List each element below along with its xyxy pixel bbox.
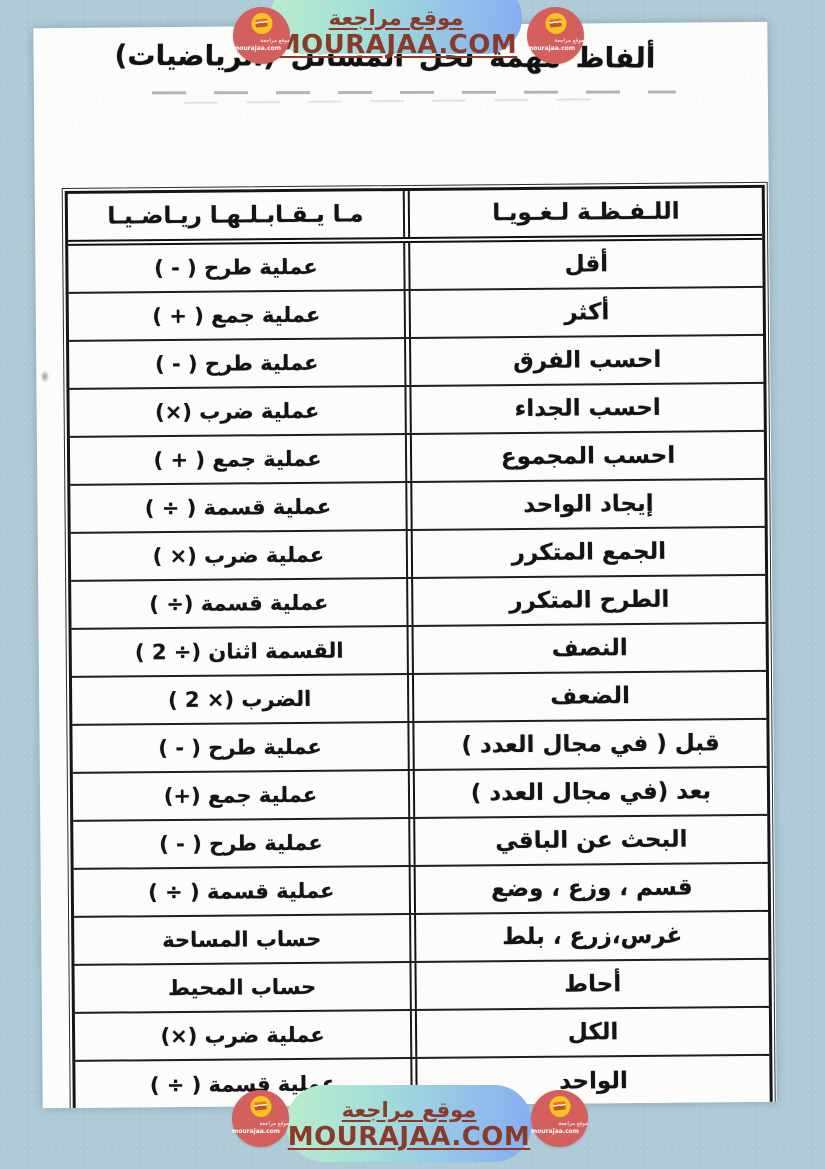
header-math-column: مـا يـقـابـلـهـا ريـاضـيـا	[68, 191, 405, 240]
math-equivalent-cell: عملية قسمة (÷ )	[71, 579, 408, 628]
logo-text-domain: mourajaa.com	[531, 1128, 588, 1135]
table-row: عملية ضرب (×)الكل	[75, 1008, 769, 1062]
math-equivalent-cell: حساب المساحة	[74, 915, 411, 964]
header-term-column: اللـفـظـة لـغـويـا	[408, 188, 762, 237]
linguistic-term-cell: غرس،زرع ، بلط	[414, 912, 768, 961]
linguistic-term-cell: أقل	[408, 240, 762, 289]
math-equivalent-cell: القسمة اثنان (÷ 2 )	[72, 627, 409, 676]
logo-text-arabic: موقع مراجعة	[527, 38, 584, 44]
logo-text-arabic: موقع مراجعة	[531, 1121, 588, 1127]
math-equivalent-cell: عملية ضرب (×)	[75, 1011, 412, 1060]
site-name-arabic[interactable]: موقع مراجعة	[286, 1098, 532, 1122]
table-row: عملية طرح ( - )البحث عن الباقي	[73, 816, 767, 870]
document-page: ألفاظ مهمة لحل المسائل (الرياضيات) مـا ي…	[33, 22, 776, 1108]
linguistic-term-cell: الضعف	[412, 672, 766, 721]
site-banner-bottom: موقع مراجعة MOURAJAA.COM	[286, 1085, 532, 1162]
scan-artifact-line	[152, 90, 676, 94]
logo-text-domain: mourajaa.com	[527, 45, 584, 52]
site-domain-link[interactable]: MOURAJAA.COM	[270, 30, 522, 61]
linguistic-term-cell: النصف	[412, 624, 766, 673]
site-name-arabic[interactable]: موقع مراجعة	[270, 6, 522, 30]
table-row: عملية ضرب (×)احسب الجداء	[69, 384, 763, 438]
linguistic-term-cell: إيجاد الواحد	[410, 480, 764, 529]
book-icon	[545, 13, 566, 34]
table-row: عملية جمع ( + )احسب المجموع	[70, 432, 764, 486]
logo-text-arabic: موقع مراجعة	[232, 1121, 289, 1127]
book-icon	[549, 1096, 570, 1117]
table-row: عملية قسمة ( ÷ )إيجاد الواحد	[70, 480, 764, 534]
linguistic-term-cell: احسب الفرق	[409, 336, 763, 385]
math-equivalent-cell: عملية جمع (+)	[73, 771, 410, 820]
math-equivalent-cell: عملية طرح ( - )	[69, 339, 406, 388]
site-domain-link[interactable]: MOURAJAA.COM	[286, 1122, 532, 1153]
math-equivalent-cell: حساب المحيط	[74, 963, 411, 1012]
table-row: عملية جمع ( + )أكثر	[69, 288, 763, 342]
math-equivalent-cell: عملية طرح ( - )	[72, 723, 409, 772]
linguistic-term-cell: احسب المجموع	[410, 432, 764, 481]
site-logo: موقع مراجعة mourajaa.com	[232, 1090, 289, 1147]
terms-table: مـا يـقـابـلـهـا ريـاضـيـا اللـفـظـة لـغ…	[65, 185, 773, 1108]
linguistic-term-cell: الكل	[415, 1008, 769, 1057]
linguistic-term-cell: بعد (في مجال العدد )	[413, 768, 767, 817]
site-banner-top: موقع مراجعة MOURAJAA.COM	[270, 0, 522, 54]
table-row: حساب المحيطأحاط	[74, 960, 768, 1014]
scan-artifact-line	[184, 98, 604, 104]
linguistic-term-cell: الجمع المتكرر	[411, 528, 765, 577]
logo-text-domain: mourajaa.com	[232, 1128, 289, 1135]
logo-text-arabic: موقع مراجعة	[233, 38, 290, 44]
linguistic-term-cell: البحث عن الباقي	[413, 816, 767, 865]
site-logo: موقع مراجعة mourajaa.com	[531, 1090, 588, 1147]
table-row: عملية طرح ( - )قبل ( في مجال العدد )	[72, 720, 766, 774]
math-equivalent-cell: عملية طرح ( - )	[68, 243, 405, 292]
table-row: عملية ضرب (× )الجمع المتكرر	[71, 528, 765, 582]
math-equivalent-cell: عملية قسمة ( ÷ )	[70, 483, 407, 532]
table-row: عملية قسمة (÷ )الطرح المتكرر	[71, 576, 765, 630]
linguistic-term-cell: قبل ( في مجال العدد )	[412, 720, 766, 769]
table-row: حساب المساحةغرس،زرع ، بلط	[74, 912, 768, 966]
math-equivalent-cell: عملية قسمة ( ÷ )	[74, 867, 411, 916]
linguistic-term-cell: أكثر	[409, 288, 763, 337]
table-row: عملية طرح ( - )أقل	[68, 240, 762, 294]
table-row: القسمة اثنان (÷ 2 )النصف	[72, 624, 766, 678]
linguistic-term-cell: قسم ، وزع ، وضع	[414, 864, 768, 913]
table-row: الضرب (× 2 )الضعف	[72, 672, 766, 726]
math-equivalent-cell: عملية جمع ( + )	[69, 291, 406, 340]
table-row: عملية طرح ( - )احسب الفرق	[69, 336, 763, 390]
table-header-row: مـا يـقـابـلـهـا ريـاضـيـا اللـفـظـة لـغ…	[68, 188, 762, 246]
book-icon	[250, 1096, 271, 1117]
math-equivalent-cell: عملية جمع ( + )	[70, 435, 407, 484]
site-logo: موقع مراجعة mourajaa.com	[233, 7, 290, 64]
scanned-document-screenshot: { "banners": { "site_label_ar": "موقع مر…	[0, 0, 825, 1169]
logo-text-domain: mourajaa.com	[233, 45, 290, 52]
math-equivalent-cell: عملية ضرب (× )	[71, 531, 408, 580]
math-equivalent-cell: عملية طرح ( - )	[73, 819, 410, 868]
linguistic-term-cell: احسب الجداء	[409, 384, 763, 433]
site-logo: موقع مراجعة mourajaa.com	[527, 7, 584, 64]
math-equivalent-cell: عملية ضرب (×)	[69, 387, 406, 436]
book-icon	[251, 13, 272, 34]
linguistic-term-cell: الطرح المتكرر	[411, 576, 765, 625]
table-row: عملية جمع (+)بعد (في مجال العدد )	[73, 768, 767, 822]
math-equivalent-cell: الضرب (× 2 )	[72, 675, 409, 724]
linguistic-term-cell: أحاط	[414, 960, 768, 1009]
scan-smudge	[40, 370, 49, 383]
table-row: عملية قسمة ( ÷ )قسم ، وزع ، وضع	[74, 864, 768, 918]
